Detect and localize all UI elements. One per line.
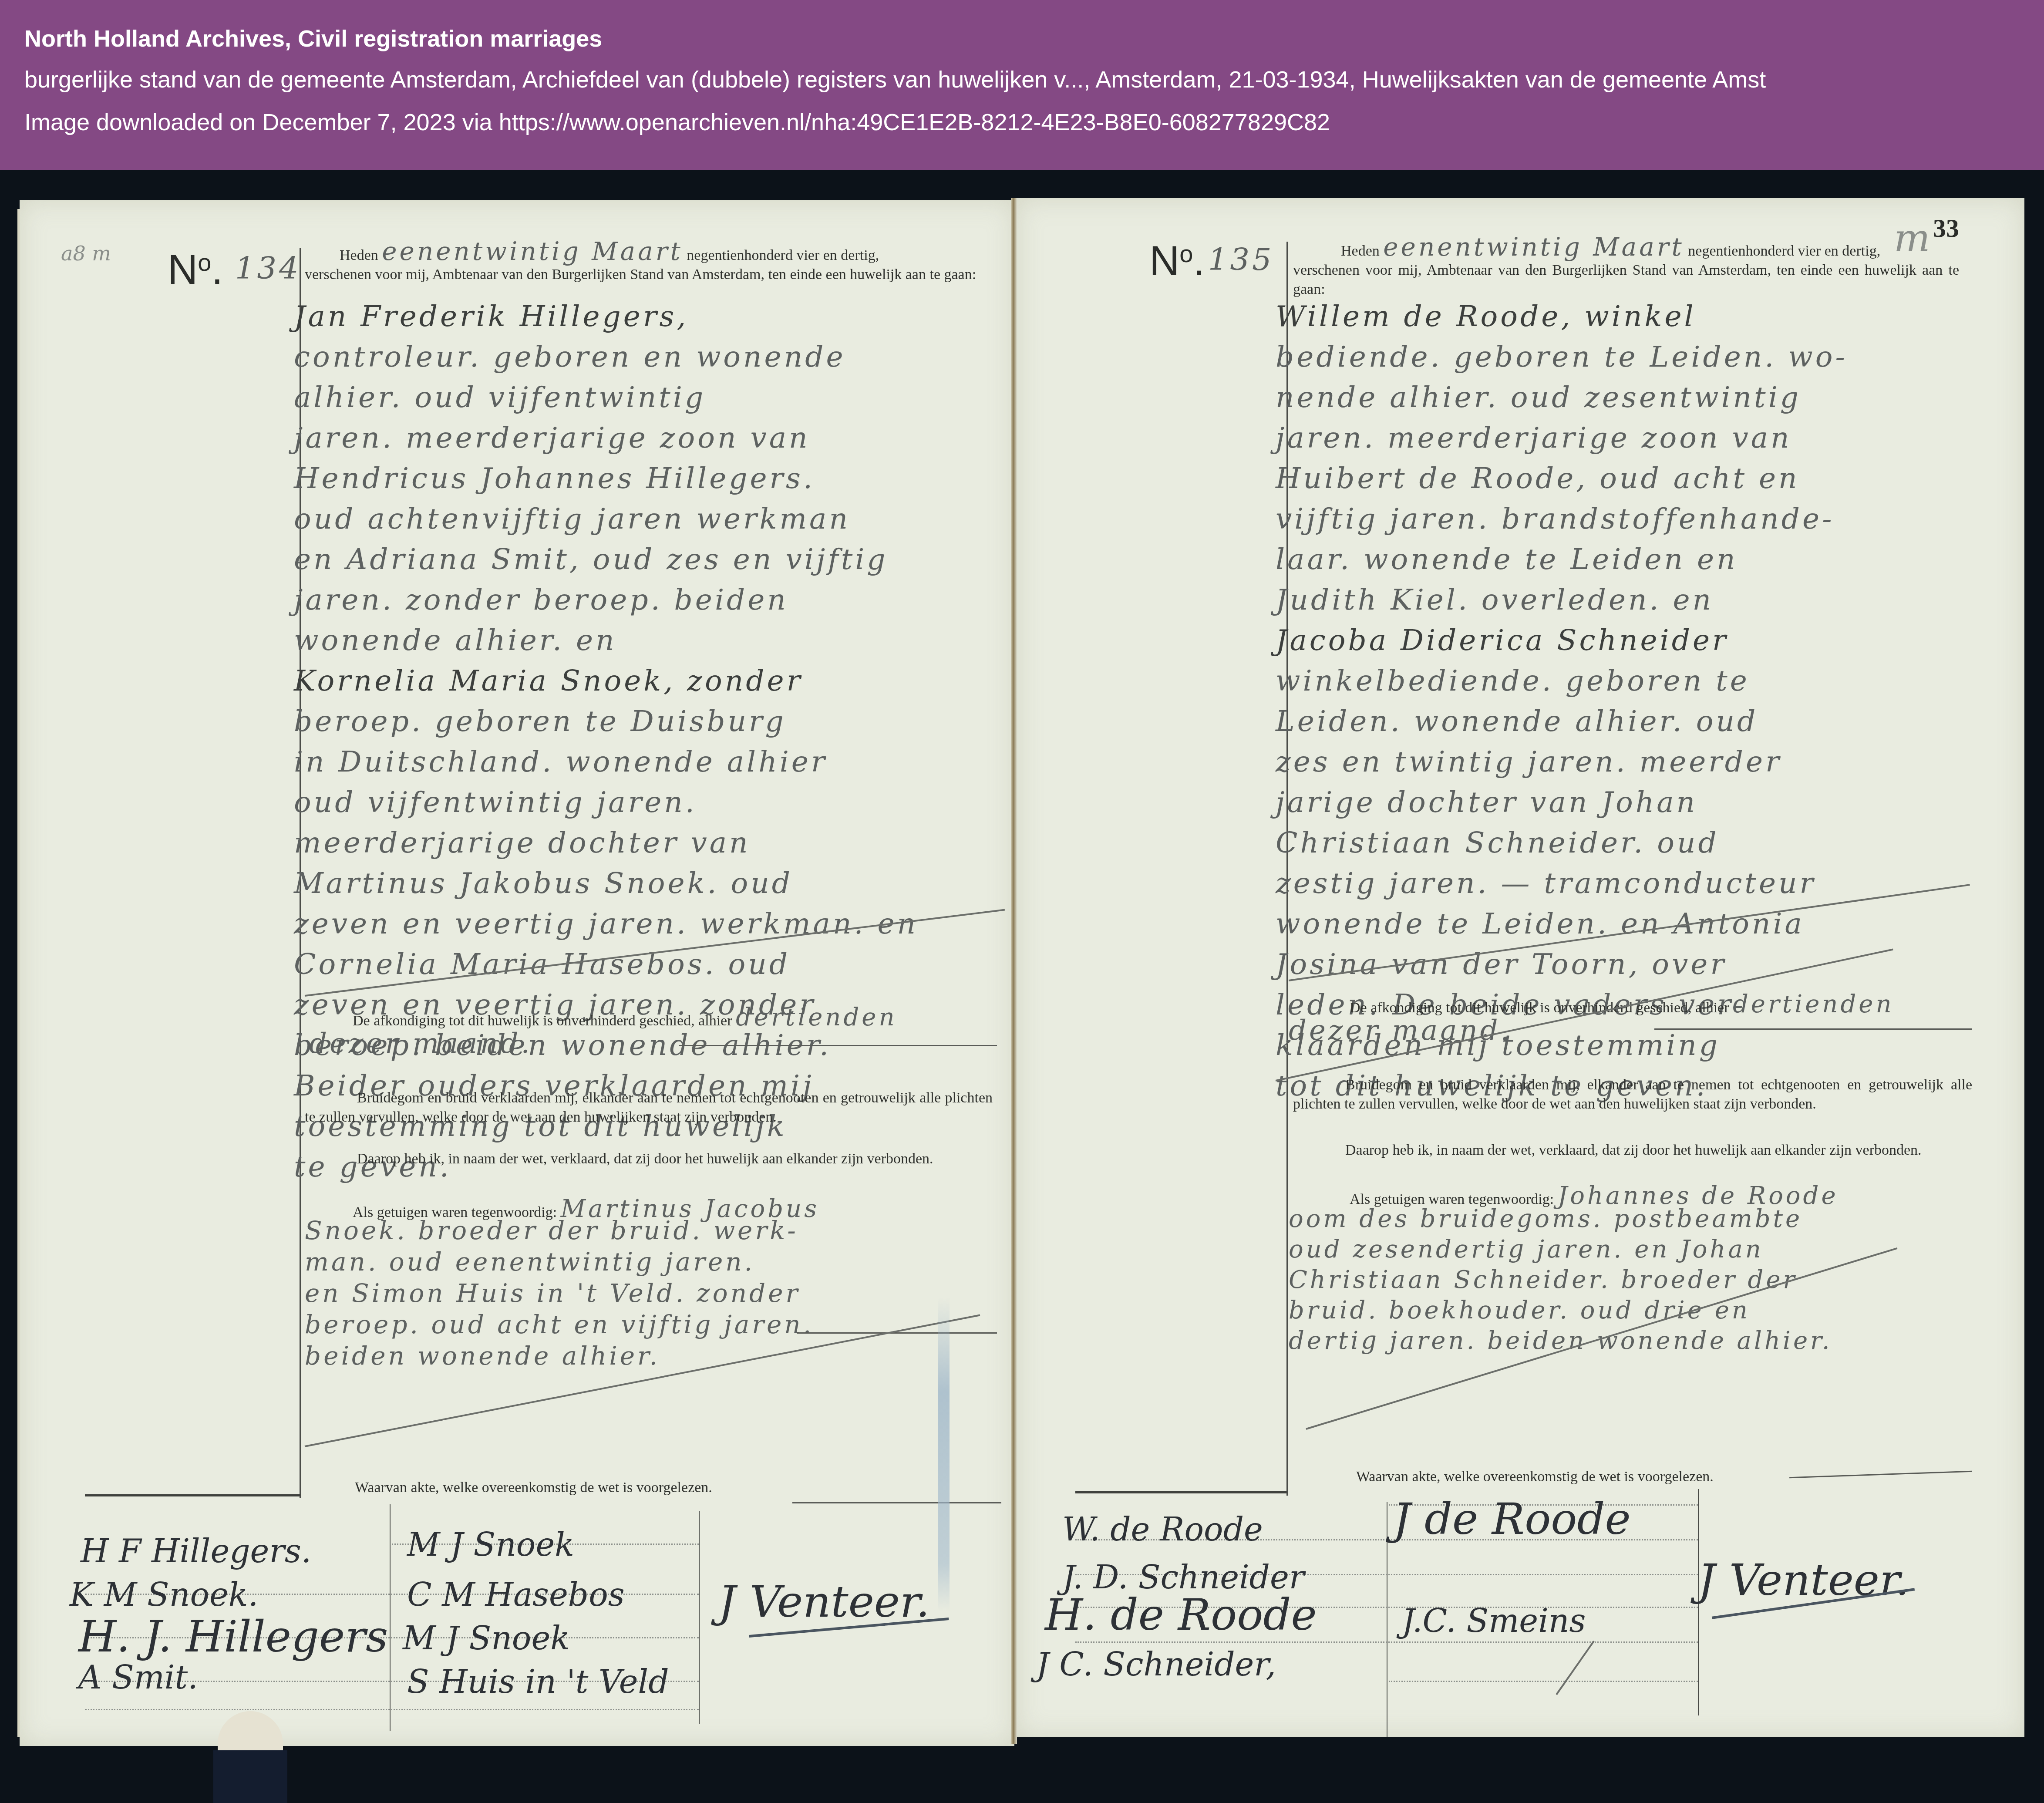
margin-end-rule <box>85 1494 300 1496</box>
line: jaren. zonder beroep. beiden <box>294 580 918 620</box>
line: meerderjarige dochter van <box>294 822 918 863</box>
signature-bride-father: J C. Schneider, <box>1036 1646 1276 1683</box>
opening-left: Heden eenentwintig Maart negentienhonder… <box>305 242 993 284</box>
afkondiging-text: De afkondiging tot dit huwelijk is onver… <box>305 1013 732 1029</box>
line: laar. wonende te Leiden en <box>1276 539 1848 580</box>
signature-witness: M J Snoek <box>407 1526 574 1564</box>
after-date-text: negentienhonderd vier en dertig, <box>687 247 879 263</box>
line: alhier. oud vijfentwintig <box>294 377 918 418</box>
signature-line <box>85 1709 699 1710</box>
signature-column-divider <box>1387 1502 1387 1737</box>
line: jarige dochter van Johan <box>1276 782 1848 822</box>
daarop-text-right: Daarop heb ik, in naam der wet, verklaar… <box>1293 1141 1972 1160</box>
act-number-label-left: No. <box>168 246 223 294</box>
daarop-text-left: Daarop heb ik, in naam der wet, verklaar… <box>305 1149 993 1169</box>
line: zestig jaren. — tramconducteur <box>1276 863 1848 903</box>
signature-groom: W. de Roode <box>1062 1511 1263 1548</box>
fill-line <box>1654 1028 1972 1030</box>
line: beiden wonende alhier. <box>305 1340 814 1372</box>
opening-right: Heden eenentwintig Maart negentienhonder… <box>1293 237 1959 299</box>
line: Judith Kiel. overleden. en <box>1276 580 1848 620</box>
signature-groom: H F Hillegers. <box>81 1533 311 1570</box>
heden-label: Heden <box>305 247 378 263</box>
body-text-right: Willem de Roode, winkel bediende. gebore… <box>1276 296 1848 1106</box>
afkondiging-hand: dertienden <box>736 1003 897 1031</box>
line: Leiden. wonende alhier. oud <box>1276 701 1848 741</box>
line: Christiaan Schneider. broeder der <box>1289 1265 1832 1295</box>
no-letter: N <box>168 246 198 293</box>
signature-column-divider <box>699 1511 700 1724</box>
fill-line <box>797 1332 997 1334</box>
line: en Adriana Smit, oud zes en vijftig <box>294 539 918 580</box>
download-notice: Image downloaded on December 7, 2023 via… <box>24 101 2044 144</box>
no-suffix: o <box>1179 240 1193 267</box>
no-letter: N <box>1149 238 1179 284</box>
book-gutter <box>1011 198 1017 1744</box>
line: Kornelia Maria Snoek, zonder <box>294 661 918 701</box>
line: man. oud eenentwintig jaren. <box>305 1246 814 1277</box>
waarvan-text-left: Waarvan akte, welke overeenkomstig de we… <box>355 1478 877 1497</box>
line: Jan Frederik Hillegers, <box>294 296 918 337</box>
act-number-right: 135 <box>1208 242 1274 277</box>
signature-groom-mother: A Smit. <box>78 1659 198 1696</box>
date-hand-right: eenentwintig Maart <box>1383 232 1684 262</box>
signature-groom-father: H. de Roode <box>1045 1589 1317 1640</box>
signature-groom-father: H. J. Hillegers <box>78 1611 388 1662</box>
act-number-label-right: No. <box>1149 237 1205 285</box>
line: beroep. geboren te Duisburg <box>294 701 918 741</box>
line: jaren. meerderjarige zoon van <box>1276 418 1848 458</box>
line: bruid. boekhouder. oud drie en <box>1289 1295 1832 1326</box>
signature-bride-father: M J Snoek <box>403 1620 570 1657</box>
bruidegom-text-right: Bruidegom en bruid verklaarden mij, elka… <box>1293 1075 1972 1114</box>
signature-column-divider <box>390 1504 391 1731</box>
verschenen-text: verschenen voor mij, Ambtenaar van den B… <box>305 265 993 284</box>
line: Josina van der Toorn, over <box>1276 944 1848 984</box>
signature-registrar: J Venteer. <box>1698 1554 1909 1605</box>
ribbon-bookmark <box>213 1711 287 1803</box>
afkondiging-text: De afkondiging tot dit huwelijk is onver… <box>1293 1000 1729 1016</box>
signature-line <box>1075 1641 1698 1643</box>
line: Hendricus Johannes Hillegers. <box>294 458 918 499</box>
witnesses-right: oom des bruidegoms. postbeambte oud zese… <box>1289 1204 1832 1356</box>
download-prefix: Image downloaded on December 7, 2023 via <box>24 109 499 135</box>
signature-bride-mother: C M Hasebos <box>407 1576 625 1614</box>
line: wonende te Leiden. en Antonia <box>1276 903 1848 944</box>
line: Huibert de Roode, oud acht en <box>1276 458 1848 499</box>
waarvan-text-right: Waarvan akte, welke overeenkomstig de we… <box>1356 1467 1835 1486</box>
signature-registrar: J Venteer. <box>718 1576 930 1627</box>
source-link[interactable]: https://www.openarchieven.nl/nha:49CE1E2… <box>499 109 1330 135</box>
line: Martinus Jakobus Snoek. oud <box>294 863 918 903</box>
line: jaren. meerderjarige zoon van <box>294 418 918 458</box>
line: oom des bruidegoms. postbeambte <box>1289 1204 1832 1234</box>
line: wonende alhier. en <box>294 620 918 661</box>
line: en Simon Huis in 't Veld. zonder <box>305 1277 814 1309</box>
line: Christiaan Schneider. oud <box>1276 822 1848 863</box>
afkondiging-hand: dertienden <box>1733 990 1894 1018</box>
line: vijftig jaren. brandstoffenhande- <box>1276 499 1848 539</box>
line: Jacoba Diderica Schneider <box>1276 620 1848 661</box>
margin-end-rule <box>1075 1491 1286 1493</box>
line: Willem de Roode, winkel <box>1276 296 1848 337</box>
heden-label: Heden <box>1293 243 1380 259</box>
signature-bride: K M Snoek. <box>70 1576 258 1614</box>
signature-line <box>1389 1681 1698 1682</box>
corner-pencil-mark: a8 m <box>61 242 111 265</box>
signature-witness: J de Roode <box>1393 1493 1631 1544</box>
fill-line <box>792 1502 1001 1503</box>
line: oud zesendertig jaren. en Johan <box>1289 1234 1832 1265</box>
signature-witness: J.C. Smeins <box>1402 1602 1586 1640</box>
line: controleur. geboren en wonende <box>294 337 918 377</box>
line: bediende. geboren te Leiden. wo- <box>1276 337 1848 377</box>
fill-line <box>679 1045 997 1046</box>
line: nende alhier. oud zesentwintig <box>1276 377 1848 418</box>
afkondiging-hand-2-right: dezer maand. <box>1289 1014 1512 1047</box>
line: oud achtenvijftig jaren werkman <box>294 499 918 539</box>
line: Cornelia Maria Hasebos. oud <box>294 944 918 984</box>
line: zes en twintig jaren. meerder <box>1276 741 1848 782</box>
after-date-text: negentienhonderd vier en dertig, <box>1688 243 1880 259</box>
act-number-left: 134 <box>235 250 301 286</box>
line: oud vijfentwintig jaren. <box>294 782 918 822</box>
blue-ink-streak <box>938 1297 950 1611</box>
date-hand-left: eenentwintig Maart <box>382 236 683 266</box>
bruidegom-text-left: Bruidegom en bruid verklaarden mij, elka… <box>305 1089 993 1127</box>
afkondiging-hand-2-left: dezer maand. <box>309 1028 532 1060</box>
archive-title: North Holland Archives, Civil registrati… <box>24 19 2044 58</box>
line: winkelbediende. geboren te <box>1276 661 1848 701</box>
line: in Duitschland. wonende alhier <box>294 741 918 782</box>
record-description: burgerlijke stand van de gemeente Amster… <box>24 58 2044 101</box>
line: zeven en veertig jaren. werkman. en <box>294 903 918 944</box>
line: beroep. oud acht en vijftig jaren. <box>305 1309 814 1340</box>
no-suffix: o <box>198 249 211 276</box>
bookmark-ribbon <box>213 1750 287 1803</box>
line: Snoek. broeder der bruid. werk- <box>305 1215 814 1246</box>
verschenen-text: verschenen voor mij, Ambtenaar van den B… <box>1293 261 1959 299</box>
signature-witness: S Huis in 't Veld <box>407 1663 669 1701</box>
witnesses-left: Snoek. broeder der bruid. werk- man. oud… <box>305 1215 814 1372</box>
archive-attribution-banner: North Holland Archives, Civil registrati… <box>0 0 2044 170</box>
